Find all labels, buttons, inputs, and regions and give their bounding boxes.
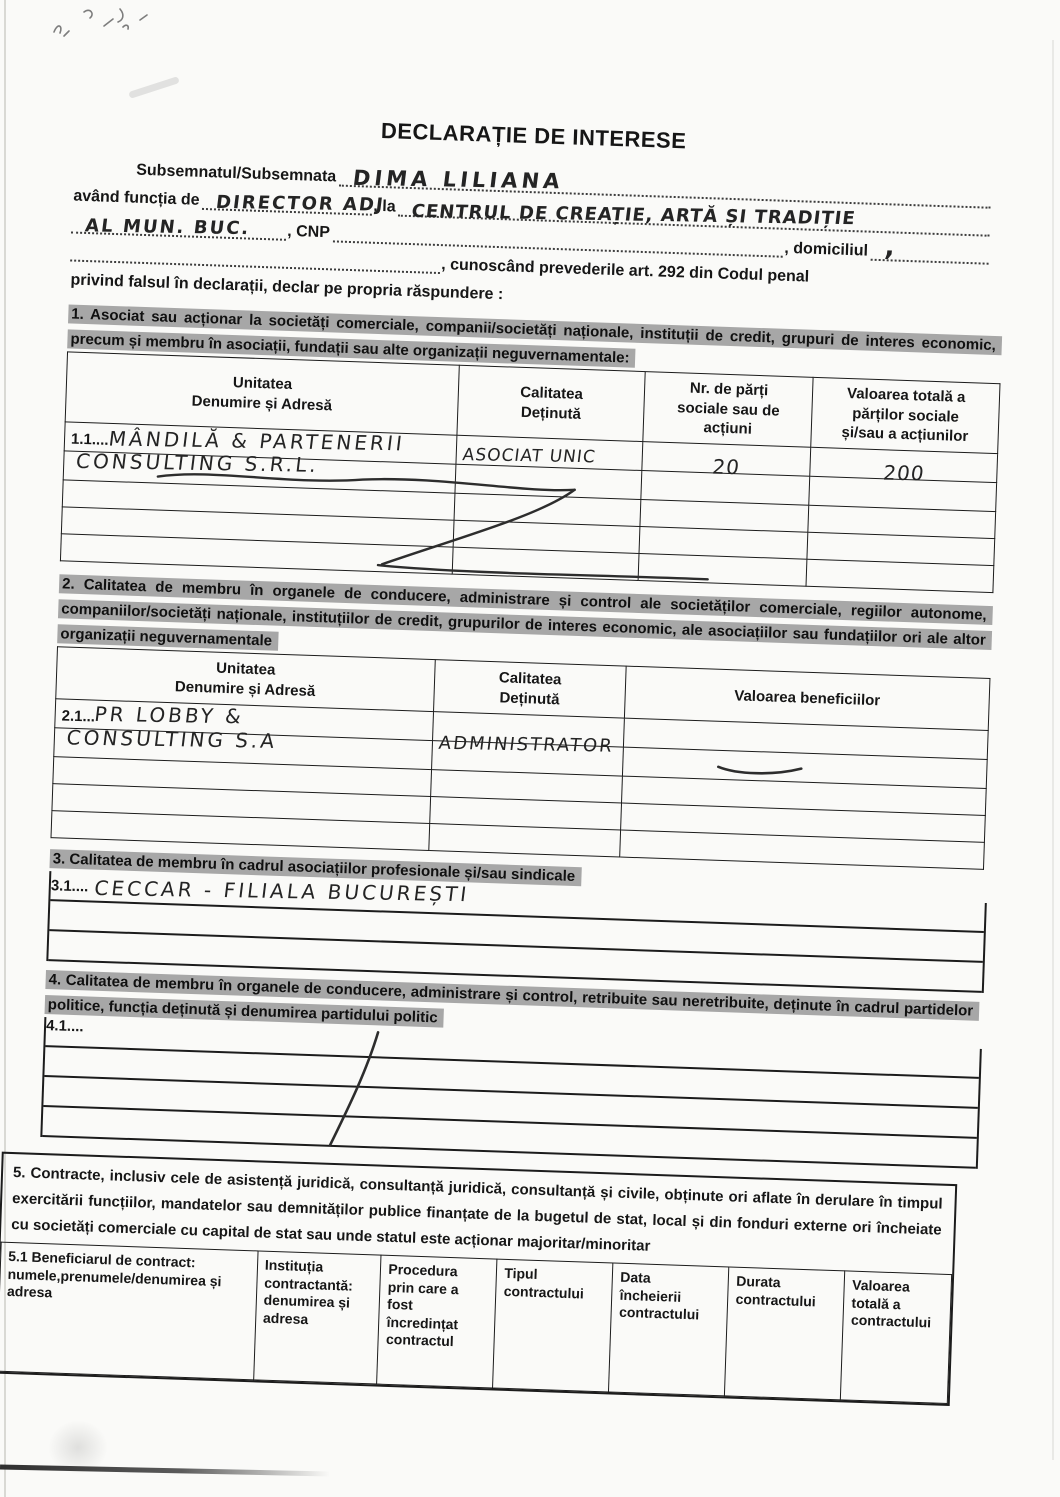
handwritten-quality-1: ASOCIAT UNIC xyxy=(461,445,596,467)
col-header-contract-value: Valoarea totală a contractului xyxy=(841,1271,952,1404)
empty-cell xyxy=(429,824,621,857)
handwritten-association: CECCAR - FILIALA BUCUREȘTI xyxy=(93,876,471,906)
dotted-line: AL MUN. BUC. xyxy=(71,209,287,240)
cnp-label: , CNP xyxy=(286,223,333,243)
dotted-line: , xyxy=(871,237,990,265)
cell-quality: ASOCIAT UNIC xyxy=(456,435,643,470)
handwritten-subject-name: DIMA LILIANA xyxy=(352,166,565,193)
handwritten-shares: 20 xyxy=(711,455,741,479)
right-edge-scan-line xyxy=(1052,40,1054,1460)
handwritten-company-2: CONSULTING S.A xyxy=(59,725,278,753)
col-header-unit: Unitatea Denumire și Adresă xyxy=(65,352,459,435)
scan-smudge xyxy=(48,1420,108,1475)
section2-table: Unitatea Denumire și Adresă Calitatea De… xyxy=(50,646,990,870)
col-header-contract-duration: Durata contractului xyxy=(725,1267,845,1400)
col-header-procedure: Procedura prin care a fost încredințat c… xyxy=(377,1255,497,1388)
oath-text-2: privind falsul în declarații, declar pe … xyxy=(69,271,506,304)
handwritten-company-1: PR LOBBY & xyxy=(94,702,246,728)
section2-table-wrap: Unitatea Denumire și Adresă Calitatea De… xyxy=(50,646,990,870)
section1-table-wrap: Unitatea Denumire și Adresă Calitatea De… xyxy=(60,351,1001,593)
document-content: DECLARAȚIE DE INTERESE Subsemnatul/Subse… xyxy=(0,88,1014,1407)
handwritten-function: DIRECTOR ADJ xyxy=(215,192,386,216)
intro-paragraph: Subsemnatul/Subsemnata DIMA LILIANA avân… xyxy=(69,150,991,321)
section1-table: Unitatea Denumire și Adresă Calitatea De… xyxy=(60,351,1001,593)
section5-box: 5. Contracte, inclusiv cele de asistență… xyxy=(0,1152,957,1406)
scanned-declaration-page: { "document": { "title": "DECLARAȚIE DE … xyxy=(0,0,1060,1497)
handwritten-workplace-2: AL MUN. BUC. xyxy=(84,215,252,239)
empty-cell xyxy=(806,559,993,592)
domicile-label: , domiciliul xyxy=(783,240,871,261)
bottom-scan-streak xyxy=(0,1465,330,1477)
handwritten-company-2: CONSULTING S.R.L. xyxy=(69,449,321,477)
col-header-contract-type: Tipul contractului xyxy=(493,1259,613,1392)
empty-cell xyxy=(639,554,808,587)
pen-scribbles xyxy=(46,2,176,50)
handwritten-value: 200 xyxy=(882,461,926,486)
col-header-institution: Instituția contractantă: denumirea și ad… xyxy=(253,1251,381,1384)
col-header-quality: Calitatea Deținută xyxy=(433,660,626,718)
handwritten-comma: , xyxy=(883,232,899,262)
col-header-shares: Nr. de părți sociale sau de acțiuni xyxy=(643,372,813,448)
col-header-value: Valoarea totală a părților sociale și/sa… xyxy=(811,377,1000,453)
handwritten-quality: ADMINISTRATOR xyxy=(437,733,614,757)
col-header-contract-date: Data încheierii contractului xyxy=(609,1263,729,1396)
col-header-quality: Calitatea Deținută xyxy=(457,365,646,441)
col-header-beneficiary: 5.1 Beneficiarul de contract: numele,pre… xyxy=(0,1242,258,1380)
empty-cell xyxy=(452,547,639,580)
dotted-line: DIRECTOR ADJ xyxy=(202,186,373,216)
